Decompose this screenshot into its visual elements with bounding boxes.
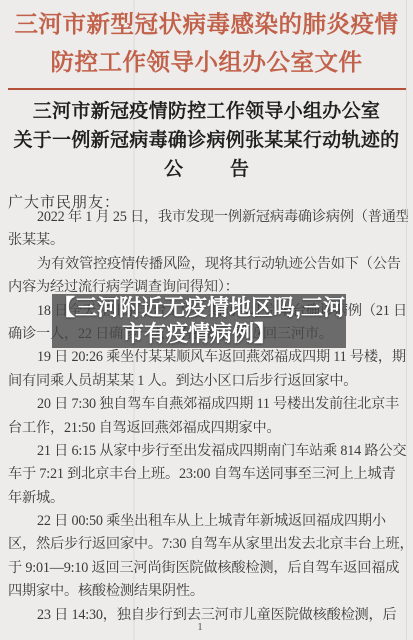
document-title-line3: 公 告 (0, 155, 413, 184)
document-title: 三河市新冠疫情防控工作领导小组办公室 关于一例新冠病毒确诊病例张某某行动轨迹的 … (0, 97, 413, 184)
body-line: 车于 7:21 到北京丰台上班。23:00 自驾车送同事至三河上上城青 (8, 463, 408, 486)
page-number: 1 (0, 621, 400, 633)
body-line: 19 日 20:26 乘坐付某某顺风车返回燕郊福成四期 11 号楼，期 (8, 346, 408, 369)
body-line: 四期家中。核酸检测结果阴性。 (8, 580, 408, 603)
caption-overlay: 【三河附近无疫情地区吗,三河 市有疫情病例】 (52, 294, 346, 348)
body-line: 为有效管控疫情传播风险，现将其行动轨迹公告如下（公告 (8, 253, 408, 276)
document-body: 2022 年 1 月 25 日，我市发现一例新冠病毒确诊病例（普通型） 张某某。… (8, 206, 408, 627)
body-line: 台工作，21:50 自驾返回燕郊福成四期家中。 (8, 417, 408, 440)
letterhead-line1: 三河市新型冠状病毒感染的肺炎疫情 (0, 5, 413, 43)
body-line: 2022 年 1 月 25 日，我市发现一例新冠病毒确诊病例（普通型） (8, 206, 408, 229)
document-title-line1: 三河市新冠疫情防控工作领导小组办公室 (0, 97, 413, 126)
body-line: 区，然后步行返回家中。7:30 自驾车从家里出发去北京丰台上班， (8, 533, 408, 556)
scanned-document-page: 三河市新型冠状病毒感染的肺炎疫情 防控工作领导小组办公室文件 三河市新冠疫情防控… (0, 0, 413, 640)
letterhead-divider-rule (8, 88, 406, 90)
body-line: 张某某。 (8, 229, 408, 252)
body-line: 年新城。 (8, 487, 408, 510)
body-line: 于 9:01—9:10 返回三河尚街医院做核酸检测，后自驾车返回福成 (8, 557, 408, 580)
body-line: 间有同乘人员胡某某 1 人。到达小区口后步行返回家中。 (8, 370, 408, 393)
caption-overlay-line1: 【三河附近无疫情地区吗,三河 (53, 295, 345, 321)
body-line: 22 日 00:50 乘坐出租车从上上城青年新城返回福成四期小 (8, 510, 408, 533)
document-title-line2: 关于一例新冠病毒确诊病例张某某行动轨迹的 (0, 126, 413, 155)
body-line: 21 日 6:15 从家中步行至出发福成四期南门车站乘 814 路公交 (8, 440, 408, 463)
letterhead: 三河市新型冠状病毒感染的肺炎疫情 防控工作领导小组办公室文件 (0, 5, 413, 81)
body-line: 20 日 7:30 独自驾车自燕郊福成四期 11 号楼出发前往北京丰 (8, 393, 408, 416)
caption-overlay-line2: 市有疫情病例】 (122, 321, 276, 347)
letterhead-line2: 防控工作领导小组办公室文件 (0, 43, 413, 81)
